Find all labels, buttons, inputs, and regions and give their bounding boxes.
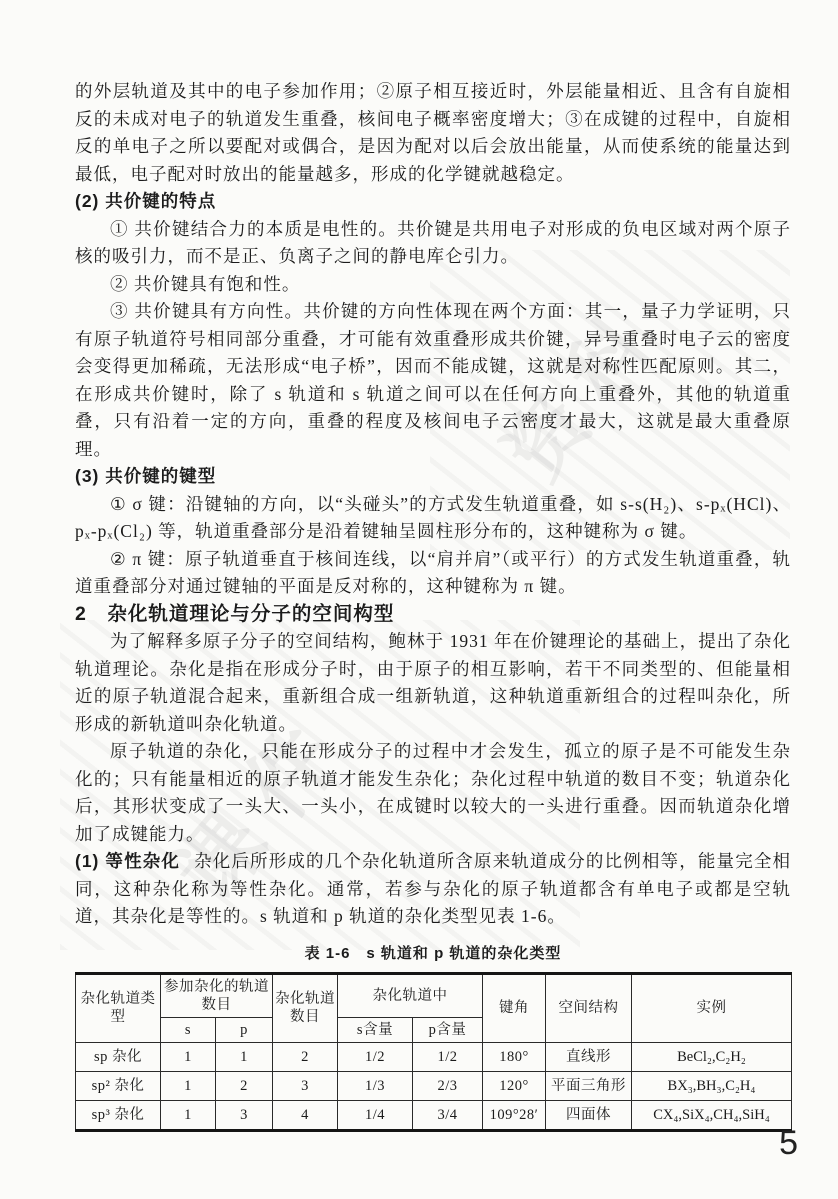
- heading-equal-hybridization: (1) 等性杂化: [75, 851, 180, 871]
- heading-section-2-hybrid-orbital-theory: 2 杂化轨道理论与分子的空间构型: [75, 601, 791, 629]
- table-cell: 1/4: [338, 1100, 413, 1130]
- table-cell: 4: [273, 1100, 338, 1130]
- table-cell: 1/2: [413, 1042, 483, 1071]
- paragraph-feature-3: ③ 共价键具有方向性。共价键的方向性体现在两个方面：其一，量子力学证明，只有原子…: [75, 298, 791, 463]
- table-cell: 1/3: [338, 1071, 413, 1100]
- table-caption: 表 1-6 s 轨道和 p 轨道的杂化类型: [75, 942, 791, 963]
- column-header-hybrid-count: 杂化轨道数目: [273, 973, 338, 1042]
- column-header-examples: 实例: [632, 973, 792, 1042]
- paragraph-feature-2: ② 共价键具有饱和性。: [75, 271, 791, 299]
- table-cell: 120°: [483, 1071, 546, 1100]
- paragraph-continuation: 的外层轨道及其中的电子参加作用；②原子相互接近时，外层能量相近、且含有自旋相反的…: [75, 78, 791, 188]
- table-cell: 四面体: [546, 1100, 632, 1130]
- column-header-s: s: [161, 1017, 216, 1042]
- table-cell: BeCl₂,C₂H₂: [632, 1042, 792, 1071]
- table-cell: 平面三角形: [546, 1071, 632, 1100]
- paragraph-equal-hybridization: (1) 等性杂化杂化后所形成的几个杂化轨道所含原来轨道成分的比例相等，能量完全相…: [75, 848, 791, 931]
- column-header-orbital-type: 杂化轨道类型: [76, 973, 161, 1042]
- table-cell: 3/4: [413, 1100, 483, 1130]
- table-cell: sp 杂化: [76, 1042, 161, 1071]
- paragraph-feature-1: ① 共价键结合力的本质是电性的。共价键是共用电子对形成的负电区域对两个原子核的吸…: [75, 216, 791, 271]
- column-header-participating-orbitals: 参加杂化的轨道数目: [161, 973, 273, 1017]
- table-cell: 直线形: [546, 1042, 632, 1071]
- heading-covalent-bond-features: (2) 共价键的特点: [75, 188, 791, 216]
- table-cell: sp² 杂化: [76, 1071, 161, 1100]
- table-cell: sp³ 杂化: [76, 1100, 161, 1130]
- table-cell: CX₄,SiX₄,CH₄,SiH₄: [632, 1100, 792, 1130]
- page-body: 的外层轨道及其中的电子参加作用；②原子相互接近时，外层能量相近、且含有自旋相反的…: [75, 78, 791, 1132]
- table-cell: 2/3: [413, 1071, 483, 1100]
- table-cell: 180°: [483, 1042, 546, 1071]
- paragraph-hybrid-rules: 原子轨道的杂化，只能在形成分子的过程中才会发生，孤立的原子是不可能发生杂化的；只…: [75, 738, 791, 848]
- paragraph-sigma-bond: ① σ 键：沿键轴的方向，以“头碰头”的方式发生轨道重叠，如 s-s(H₂)、s…: [75, 491, 791, 546]
- hybridization-types-table: 杂化轨道类型 参加杂化的轨道数目 杂化轨道数目 杂化轨道中 键角 空间结构 实例…: [75, 972, 792, 1132]
- table-cell: 1: [161, 1071, 216, 1100]
- table-row-sp: sp 杂化 1 1 2 1/2 1/2 180° 直线形 BeCl₂,C₂H₂: [76, 1042, 792, 1071]
- paragraph-pi-bond: ② π 键：原子轨道垂直于核间连线，以“肩并肩”（或平行）的方式发生轨道重叠，轨…: [75, 546, 791, 601]
- paragraph-equal-hybridization-text: 杂化后所形成的几个杂化轨道所含原来轨道成分的比例相等，能量完全相同，这种杂化称为…: [75, 851, 791, 926]
- table-cell: 2: [273, 1042, 338, 1071]
- table-cell: 1: [216, 1042, 273, 1071]
- paragraph-hybrid-intro: 为了解释多原子分子的空间结构，鲍林于 1931 年在价键理论的基础上，提出了杂化…: [75, 628, 791, 738]
- column-header-bond-angle: 键角: [483, 973, 546, 1042]
- table-cell: 3: [273, 1071, 338, 1100]
- heading-covalent-bond-types: (3) 共价键的键型: [75, 463, 791, 491]
- table-cell: 3: [216, 1100, 273, 1130]
- table-row-sp3: sp³ 杂化 1 3 4 1/4 3/4 109°28′ 四面体 CX₄,SiX…: [76, 1100, 792, 1130]
- table-header-row: 杂化轨道类型 参加杂化的轨道数目 杂化轨道数目 杂化轨道中 键角 空间结构 实例: [76, 973, 792, 1017]
- table-cell: 1/2: [338, 1042, 413, 1071]
- page-number: 5: [779, 1124, 798, 1163]
- table-cell: 1: [161, 1100, 216, 1130]
- column-header-s-content: s含量: [338, 1017, 413, 1042]
- table-row-sp2: sp² 杂化 1 2 3 1/3 2/3 120° 平面三角形 BX₃,BH₃,…: [76, 1071, 792, 1100]
- scanned-textbook-page: 资科 课件 的外层轨道及其中的电子参加作用；②原子相互接近时，外层能量相近、且含…: [0, 0, 838, 1199]
- table-cell: BX₃,BH₃,C₂H₄: [632, 1071, 792, 1100]
- column-header-p-content: p含量: [413, 1017, 483, 1042]
- column-header-p: p: [216, 1017, 273, 1042]
- column-header-spatial-structure: 空间结构: [546, 973, 632, 1042]
- column-header-in-hybrid-orbital: 杂化轨道中: [338, 973, 483, 1017]
- table-cell: 109°28′: [483, 1100, 546, 1130]
- table-cell: 1: [161, 1042, 216, 1071]
- table-cell: 2: [216, 1071, 273, 1100]
